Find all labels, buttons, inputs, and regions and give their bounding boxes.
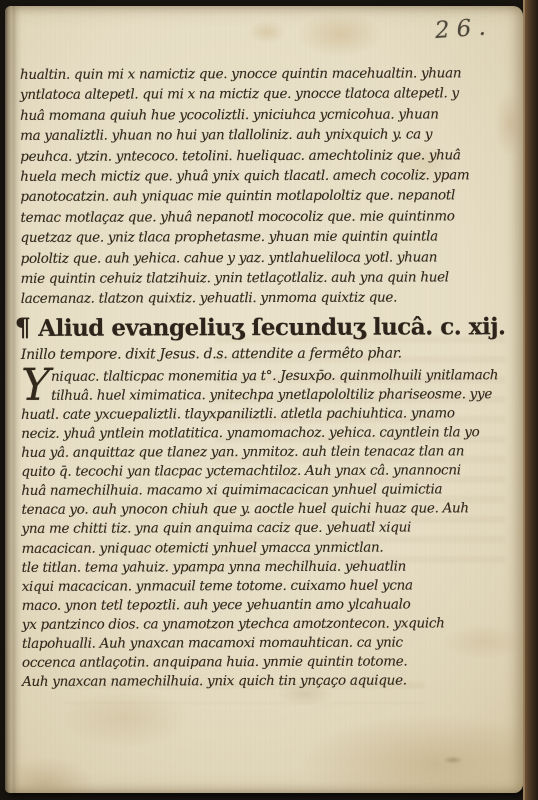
manuscript-line: tle titlan. tema yahuiz. ypampa ynna mec… — [22, 557, 524, 578]
book-fore-edge — [523, 0, 538, 800]
manuscript-line: ma yanaliztli. yhuan no hui yan tlalloli… — [20, 124, 522, 146]
manuscript-line: pololtiz que. auh yehica. cahue y yaz. y… — [21, 247, 523, 269]
manuscript-line: tilhuâ. huel ximimatica. ynitechpa ynetl… — [21, 385, 523, 406]
manuscript-line: occenca antlaçotin. anquipana huia. ynmi… — [22, 652, 524, 673]
manuscript-line: quetzaz que. yniz tlaca prophetasme. yhu… — [20, 226, 522, 248]
manuscript-line: yntlatoca altepetl. qui mi x na mictiz q… — [20, 84, 522, 106]
manuscript-line: panotocatzin. auh yniquac mie quintin mo… — [20, 185, 522, 207]
manuscript-line: neciz. yhuâ yntlein motlatitica. ynamoma… — [21, 423, 523, 444]
manuscript-line: huâ momana quiuh hue ycocoliztli. yniciu… — [20, 104, 522, 126]
manuscript-line: xiqui macacican. ynmacuil teme totome. c… — [22, 576, 524, 597]
manuscript-photo: { "manuscript": { "folio_number": "26.",… — [0, 0, 538, 800]
manuscript-line: tenaca yo. auh ynocon chiuh que y. aoctl… — [21, 499, 523, 520]
rubric-heading: ¶Aliud evangeliuʒ ſecunduʒ lucâ. c. xij. — [15, 310, 523, 345]
manuscript-line: huela mech mictiz que. yhuâ ynix quich t… — [20, 165, 522, 187]
manuscript-line: huâ namechilhuia. macamo xi quimimacacic… — [21, 480, 523, 501]
pilcrow-mark: ¶ — [15, 313, 31, 342]
book-page: 26. hualtin. quin mi x namictiz que. yno… — [5, 6, 523, 793]
binding-gutter-shadow — [5, 6, 21, 793]
manuscript-line: niquac. tlalticpac monemitia ya t°. Jesu… — [21, 366, 523, 387]
rubric-text: Aliud evangeliuʒ ſecunduʒ lucâ. c. xij. — [38, 313, 505, 342]
manuscript-line: maco. ynon tetl tepoztli. auh yece yehua… — [22, 595, 524, 616]
nahuatl-paragraph: Y niquac. tlalticpac monemitia ya t°. Je… — [21, 366, 524, 692]
manuscript-line: yna me chitti tiz. yna quin anquima caci… — [21, 519, 523, 540]
paragraph-continuation: hualtin. quin mi x namictiz que. ynocce … — [20, 63, 523, 309]
folio-number: 26. — [435, 14, 494, 44]
manuscript-line: quito q̄. tecochi yan tlacpac yctemachti… — [21, 461, 523, 482]
text-block: hualtin. quin mi x namictiz que. ynocce … — [20, 63, 524, 692]
manuscript-line: lacemanaz. tlatzon quixtiz. yehuatli. yn… — [21, 287, 523, 309]
manuscript-line: temac motlaçaz que. yhuâ nepanotl mococo… — [20, 206, 522, 228]
manuscript-line: macacican. yniquac otemicti ynhuel ymacc… — [22, 538, 524, 559]
latin-incipit: Inillo tempore. dixit Jesus. d.s. attend… — [21, 343, 523, 366]
manuscript-line: hua yâ. anquittaz que tlanez yan. ynmito… — [21, 442, 523, 463]
manuscript-line: mie quintin cehuiz tlatzihuiz. ynin tetl… — [21, 267, 523, 289]
manuscript-line: peuhca. ytzin. yntecoco. tetolini. hueli… — [20, 145, 522, 167]
manuscript-line: hualtin. quin mi x namictiz que. ynocce … — [20, 63, 522, 85]
manuscript-line: yx pantzinco dios. ca ynamotzon ytechca … — [22, 614, 524, 635]
illuminated-initial: Y — [21, 367, 51, 404]
manuscript-line: tlapohualli. Auh ynaxcan macamoxi momauh… — [22, 633, 524, 654]
manuscript-line: huatl. cate yxcuepaliztli. tlayxpanilizt… — [21, 404, 523, 425]
manuscript-line: Auh ynaxcan namechilhuia. ynix quich tin… — [22, 671, 524, 692]
